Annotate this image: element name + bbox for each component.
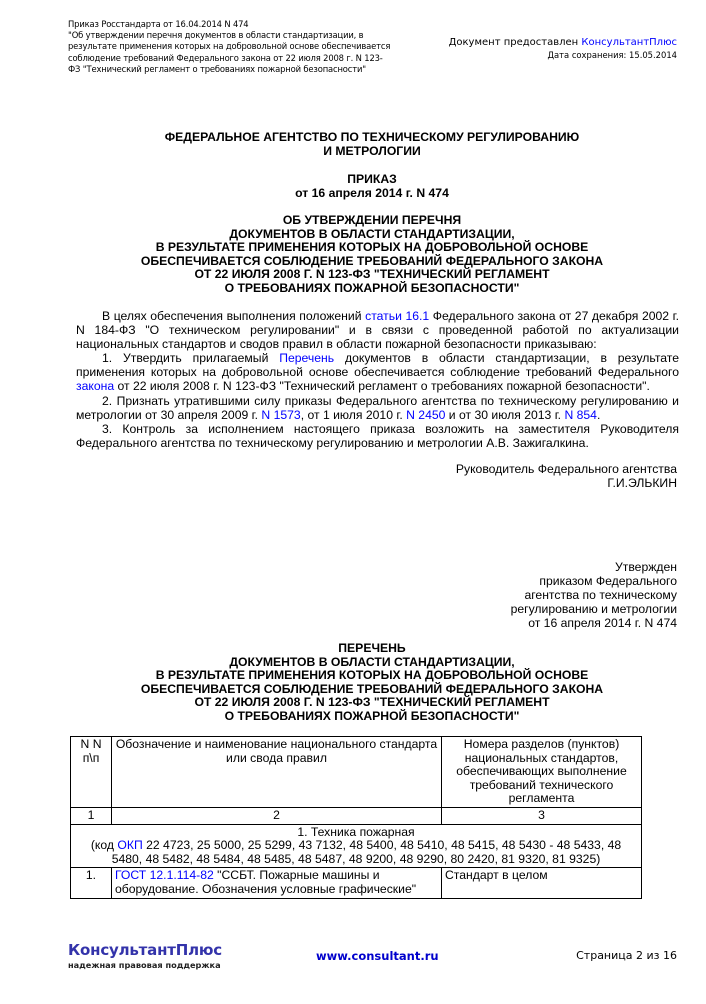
order-heading: ПРИКАЗ от 16 апреля 2014 г. N 474 (70, 173, 674, 200)
order-body: В целях обеспечения выполнения положений… (76, 309, 679, 450)
header-line: Приказ Росстандарта от 16.04.2014 N 474 (68, 19, 413, 30)
list-title: ПЕРЕЧЕНЬ ДОКУМЕНТОВ В ОБЛАСТИ СТАНДАРТИЗ… (70, 642, 674, 724)
consultant-logo: КонсультантПлюс надежная правовая поддер… (68, 941, 222, 970)
okp-link[interactable]: ОКП (117, 838, 142, 852)
gost-12-1-114-82-link[interactable]: ГОСТ 12.1.114-82 (115, 868, 214, 882)
approval-line: Утвержден (511, 560, 677, 574)
text: от 22 июля 2008 г. N 123-ФЗ "Технический… (114, 379, 650, 393)
agency-line: ФЕДЕРАЛЬНОЕ АГЕНТСТВО ПО ТЕХНИЧЕСКОМУ РЕ… (70, 131, 674, 145)
column-number: 3 (442, 807, 642, 824)
footer-brand: КонсультантПлюс (68, 941, 222, 959)
document-header-title: Приказ Росстандарта от 16.04.2014 N 474 … (68, 19, 413, 75)
title-line: О ТРЕБОВАНИЯХ ПОЖАРНОЙ БЕЗОПАСНОСТИ" (70, 282, 674, 296)
title-line: В РЕЗУЛЬТАТЕ ПРИМЕНЕНИЯ КОТОРЫХ НА ДОБРО… (70, 241, 674, 255)
save-date: Дата сохранения: 15.05.2014 (449, 49, 677, 61)
header-cell-standard: Обозначение и наименование национального… (112, 737, 442, 808)
column-number: 2 (112, 807, 442, 824)
order-1573-link[interactable]: N 1573 (261, 408, 300, 422)
order-854-link[interactable]: N 854 (564, 408, 597, 422)
preamble: В целях обеспечения выполнения положений… (76, 309, 679, 351)
order-date-number: от 16 апреля 2014 г. N 474 (70, 187, 674, 201)
item-1: 1. Утвердить прилагаемый Перечень докуме… (76, 351, 679, 393)
header-line: "Об утверждении перечня документов в обл… (68, 30, 413, 41)
approval-line: регулированию и метрологии (511, 602, 677, 616)
provided-label: Документ предоставлен (449, 37, 582, 48)
text: 1. Утвердить прилагаемый (102, 351, 279, 365)
order-type: ПРИКАЗ (70, 173, 674, 187)
list-title-line: В РЕЗУЛЬТАТЕ ПРИМЕНЕНИЯ КОТОРЫХ НА ДОБРО… (70, 669, 674, 683)
title-line: ОТ 22 ИЮЛЯ 2008 Г. N 123-ФЗ "ТЕХНИЧЕСКИЙ… (70, 268, 674, 282)
table-row: 1. ГОСТ 12.1.114-82 "ССБТ. Пожарные маши… (71, 868, 642, 898)
signatory-position: Руководитель Федерального агентства (456, 462, 677, 476)
approval-line: приказом Федерального (511, 574, 677, 588)
standard-cell: ГОСТ 12.1.114-82 "ССБТ. Пожарные машины … (112, 868, 442, 898)
list-title-line: О ТРЕБОВАНИЯХ ПОЖАРНОЙ БЕЗОПАСНОСТИ" (70, 710, 674, 724)
list-title-line: ПЕРЕЧЕНЬ (70, 642, 674, 656)
title-line: ОБ УТВЕРЖДЕНИИ ПЕРЕЧНЯ (70, 214, 674, 228)
signatory-name: Г.И.ЭЛЬКИН (456, 476, 677, 490)
approval-stamp: Утвержден приказом Федерального агентств… (511, 560, 677, 630)
law-link[interactable]: закона (76, 379, 114, 393)
section-codes: (код ОКП 22 4723, 25 5000, 25 5299, 43 7… (74, 839, 638, 866)
approval-line: от 16 апреля 2014 г. N 474 (511, 616, 677, 630)
text: (код (91, 838, 118, 852)
header-line: соблюдение требований Федерального закон… (68, 53, 413, 64)
section-title: 1. Техника пожарная (74, 826, 638, 840)
text: . (597, 408, 600, 422)
header-cell-number: N N п\п (71, 737, 112, 808)
text: и от 30 июля 2013 г. (445, 408, 564, 422)
text: , от 1 июля 2010 г. (301, 408, 406, 422)
page-number: Страница 2 из 16 (576, 949, 677, 962)
section-row: 1. Техника пожарная (код ОКП 22 4723, 25… (71, 824, 642, 868)
column-number: 1 (71, 807, 112, 824)
article-16-1-link[interactable]: статьи 16.1 (365, 309, 429, 323)
footer-url-link[interactable]: www.consultant.ru (316, 949, 439, 963)
header-line: ФЗ "Технический регламент о требованиях … (68, 64, 413, 75)
signature: Руководитель Федерального агентства Г.И.… (456, 462, 677, 490)
item-3: 3. Контроль за исполнением настоящего пр… (76, 422, 679, 450)
approval-line: агентства по техническому (511, 588, 677, 602)
consultant-link[interactable]: КонсультантПлюс (581, 37, 677, 48)
document-provider: Документ предоставлен КонсультантПлюс Да… (449, 37, 677, 61)
list-link[interactable]: Перечень (279, 351, 334, 365)
header-cell-sections: Номера разделов (пунктов) национальных с… (442, 737, 642, 808)
row-number: 1. (71, 868, 112, 898)
list-title-line: ОТ 22 ИЮЛЯ 2008 Г. N 123-ФЗ "ТЕХНИЧЕСКИЙ… (70, 696, 674, 710)
header-line: результате применения которых на доброво… (68, 41, 413, 52)
item-2: 2. Признать утратившими силу приказы Фед… (76, 394, 679, 422)
column-number-row: 1 2 3 (71, 807, 642, 824)
order-2450-link[interactable]: N 2450 (406, 408, 445, 422)
order-title: ОБ УТВЕРЖДЕНИИ ПЕРЕЧНЯ ДОКУМЕНТОВ В ОБЛА… (70, 214, 674, 296)
text: 22 4723, 25 5000, 25 5299, 43 7132, 48 5… (112, 838, 621, 866)
agency-line: И МЕТРОЛОГИИ (70, 145, 674, 159)
text: В целях обеспечения выполнения положений (102, 309, 365, 323)
standards-table: N N п\п Обозначение и наименование нацио… (70, 736, 642, 899)
footer-tagline: надежная правовая поддержка (68, 960, 222, 970)
sections-cell: Стандарт в целом (442, 868, 642, 898)
section-cell: 1. Техника пожарная (код ОКП 22 4723, 25… (71, 824, 642, 868)
agency-heading: ФЕДЕРАЛЬНОЕ АГЕНТСТВО ПО ТЕХНИЧЕСКОМУ РЕ… (70, 131, 674, 158)
table-header-row: N N п\п Обозначение и наименование нацио… (71, 737, 642, 808)
